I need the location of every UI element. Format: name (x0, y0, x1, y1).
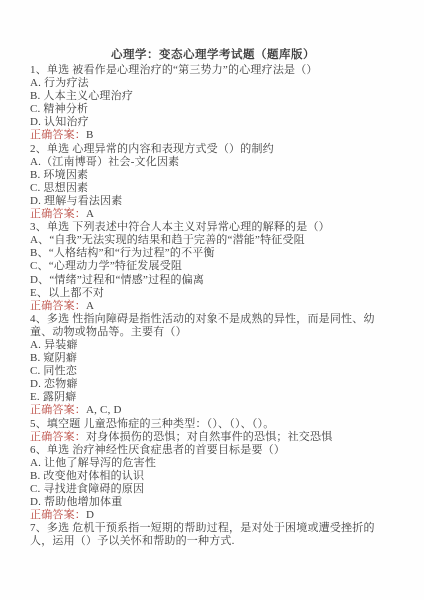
question-option: A、“自我”无法实现的结果和趋于完善的“潜能”特征受阻 (30, 234, 396, 247)
answer-value: B (86, 129, 94, 141)
question-option: B. 窥阴癖 (30, 352, 396, 365)
question-stem: 2、单选 心理异常的内容和表现方式受（）的制约 (30, 143, 396, 156)
question-option: C、“心理动力学”特征发展受阻 (30, 260, 396, 273)
answer-line: 正确答案：B (30, 129, 396, 142)
answer-line: 正确答案：A (30, 208, 396, 221)
question-option: D. 理解与看法因素 (30, 195, 396, 208)
question-option: E、以上都不对 (30, 287, 396, 300)
question-option: C. 精神分析 (30, 103, 396, 116)
questions: 1、单选 被看作是心理治疗的“第三势力”的心理疗法是（）A. 行为疗法B. 人本… (30, 64, 396, 548)
page-title: 心理学：变态心理学考试题（题库版） (30, 48, 396, 62)
answer-value: D (86, 509, 94, 521)
question-option: C. 思想因素 (30, 182, 396, 195)
answer-label: 正确答案： (30, 404, 86, 416)
question-option: B. 人本主义心理治疗 (30, 90, 396, 103)
answer-line: 正确答案：D (30, 509, 396, 522)
answer-value: A (86, 208, 94, 220)
question-option: C. 寻找进食障碍的原因 (30, 483, 396, 496)
answer-line: 正确答案：A, C, D (30, 404, 396, 417)
answer-line: 正确答案：对身体损伤的恐惧；对自然事件的恐惧；社交恐惧 (30, 431, 396, 444)
question-stem: 4、多选 性指向障碍是指性活动的对象不是成熟的异性，而是同性、幼童、动物或物品等… (30, 313, 396, 339)
answer-line: 正确答案：A (30, 300, 396, 313)
answer-value: 对身体损伤的恐惧；对自然事件的恐惧；社交恐惧 (86, 431, 332, 443)
question-option: C. 同性恋 (30, 365, 396, 378)
question-option: A. 行为疗法 (30, 77, 396, 90)
question-option: D. 认知治疗 (30, 116, 396, 129)
question-stem: 1、单选 被看作是心理治疗的“第三势力”的心理疗法是（） (30, 64, 396, 77)
question-option: B、“人格结构”和“行为过程”的不平衡 (30, 247, 396, 260)
answer-value: A (86, 300, 94, 312)
question-stem: 5、填空题 儿童恐怖症的三种类型：（）、（）、（）。 (30, 418, 396, 431)
answer-label: 正确答案： (30, 431, 86, 443)
question-option: B. 环境因素 (30, 169, 396, 182)
question-option: A.（江南博哥）社会-文化因素 (30, 156, 396, 169)
answer-label: 正确答案： (30, 300, 86, 312)
question-stem: 3、单选 下列表述中符合人本主义对异常心理的解释的是（） (30, 221, 396, 234)
question-option: A. 让他了解导泻的危害性 (30, 457, 396, 470)
exam-document-page: 心理学：变态心理学考试题（题库版） 1、单选 被看作是心理治疗的“第三势力”的心… (0, 0, 424, 600)
question-option: D、“情绪”过程和“情感”过程的偏离 (30, 274, 396, 287)
answer-label: 正确答案： (30, 208, 86, 220)
question-option: E. 露阴癖 (30, 391, 396, 404)
answer-label: 正确答案： (30, 509, 86, 521)
question-stem: 7、多选 危机干预系指一短期的帮助过程，是对处于困境或遭受挫折的人，运用（）予以… (30, 522, 396, 548)
question-stem: 6、单选 治疗神经性厌食症患者的首要目标是要（） (30, 444, 396, 457)
question-option: B. 改变他对体相的认识 (30, 470, 396, 483)
question-option: D. 帮助他增加体重 (30, 496, 396, 509)
question-option: D. 恋物癖 (30, 378, 396, 391)
answer-value: A, C, D (86, 404, 122, 416)
question-option: A. 异装癖 (30, 339, 396, 352)
answer-label: 正确答案： (30, 129, 86, 141)
